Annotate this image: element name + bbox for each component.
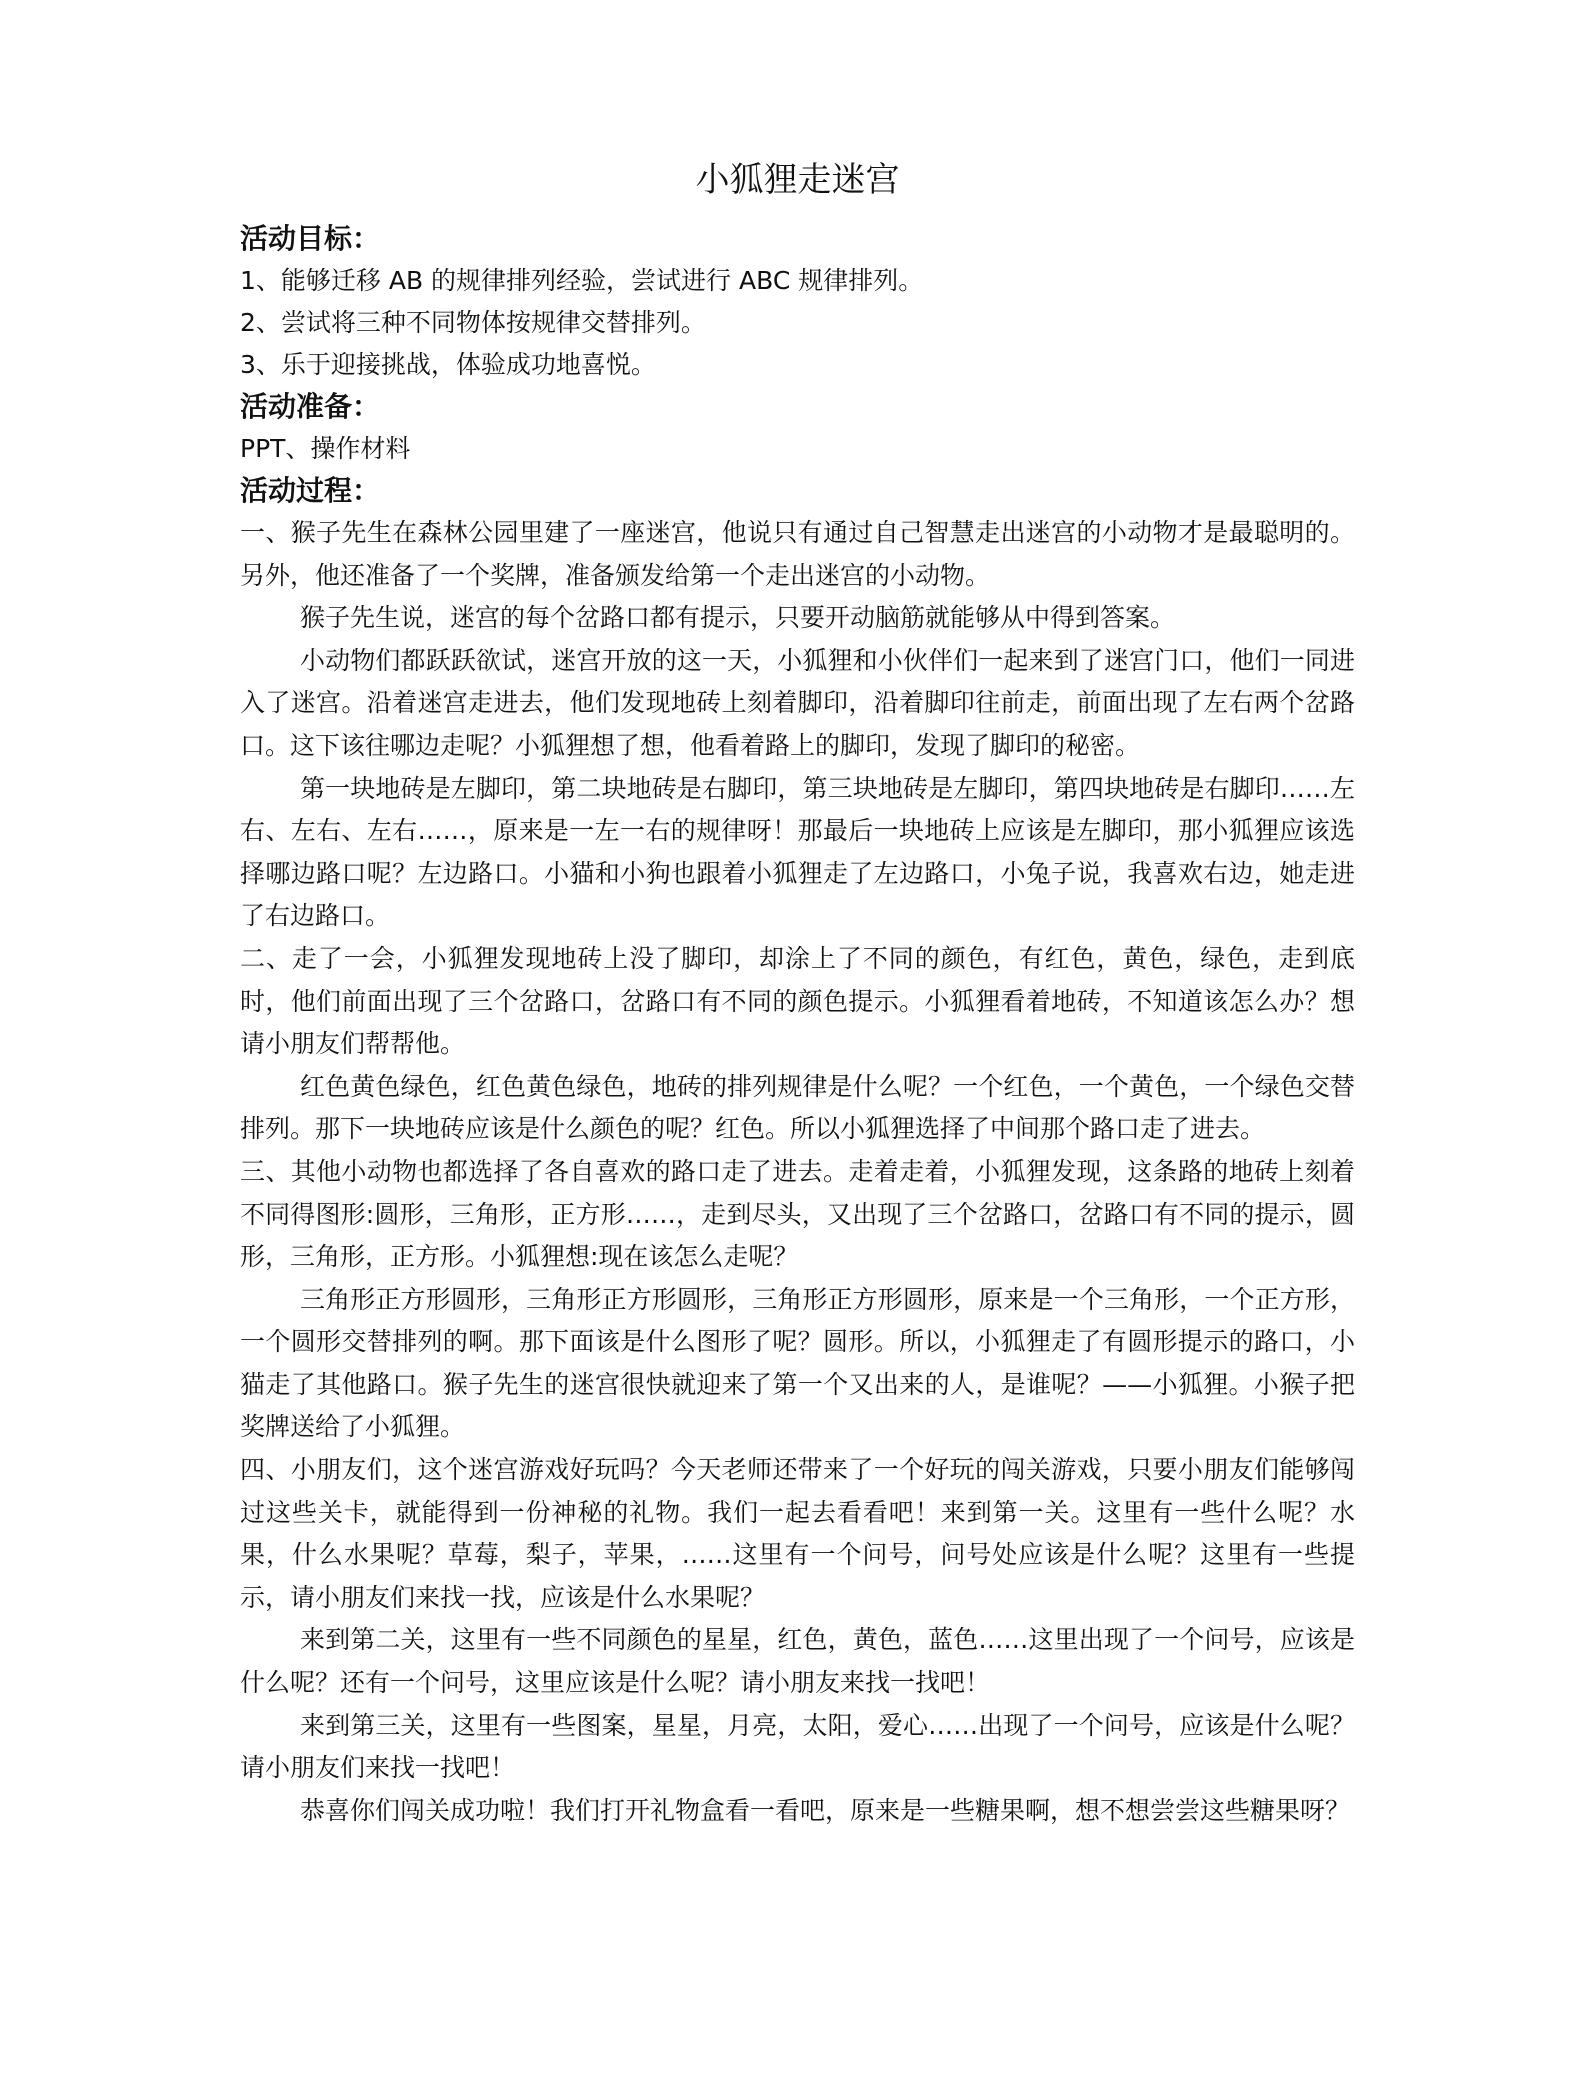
process-section: 活动过程： 一、猴子先生在森林公园里建了一座迷宫，他说只有通过自己智慧走出迷宫的… (240, 470, 1355, 1832)
process-paragraph: 来到第三关，这里有一些图案，星星，月亮，太阳，爱心……出现了一个问号，应该是什么… (240, 1705, 1355, 1790)
process-paragraph: 一、猴子先生在森林公园里建了一座迷宫，他说只有通过自己智慧走出迷宫的小动物才是最… (240, 512, 1355, 597)
goals-section: 活动目标： 1、能够迁移 AB 的规律排列经验，尝试进行 ABC 规律排列。 2… (240, 218, 1355, 386)
document-page: 小狐狸走迷宫 活动目标： 1、能够迁移 AB 的规律排列经验，尝试进行 ABC … (240, 150, 1355, 1832)
process-paragraph: 小动物们都跃跃欲试，迷宫开放的这一天，小狐狸和小伙伴们一起来到了迷宫门口，他们一… (240, 640, 1355, 768)
process-paragraph: 三角形正方形圆形，三角形正方形圆形，三角形正方形圆形，原来是一个三角形，一个正方… (240, 1279, 1355, 1449)
process-heading: 活动过程： (240, 470, 1355, 512)
process-paragraph: 猴子先生说，迷宫的每个岔路口都有提示，只要开动脑筋就能够从中得到答案。 (240, 597, 1355, 640)
goals-heading: 活动目标： (240, 218, 1355, 260)
process-paragraph: 四、小朋友们，这个迷宫游戏好玩吗？今天老师还带来了一个好玩的闯关游戏，只要小朋友… (240, 1449, 1355, 1619)
process-paragraph: 三、其他小动物也都选择了各自喜欢的路口走了进去。走着走着，小狐狸发现，这条路的地… (240, 1151, 1355, 1279)
process-paragraph: 二、走了一会，小狐狸发现地砖上没了脚印，却涂上了不同的颜色，有红色，黄色，绿色，… (240, 938, 1355, 1066)
process-paragraph: 红色黄色绿色，红色黄色绿色，地砖的排列规律是什么呢？一个红色，一个黄色，一个绿色… (240, 1066, 1355, 1151)
process-paragraph: 来到第二关，这里有一些不同颜色的星星，红色，黄色，蓝色……这里出现了一个问号，应… (240, 1619, 1355, 1704)
process-paragraph: 恭喜你们闯关成功啦！我们打开礼物盒看一看吧，原来是一些糖果啊，想不想尝尝这些糖果… (240, 1790, 1355, 1833)
preparation-heading: 活动准备： (240, 386, 1355, 428)
goal-item: 2、尝试将三种不同物体按规律交替排列。 (240, 302, 1355, 344)
goal-item: 1、能够迁移 AB 的规律排列经验，尝试进行 ABC 规律排列。 (240, 260, 1355, 302)
goal-item: 3、乐于迎接挑战，体验成功地喜悦。 (240, 344, 1355, 386)
process-paragraph: 第一块地砖是左脚印，第二块地砖是右脚印，第三块地砖是左脚印，第四块地砖是右脚印…… (240, 768, 1355, 938)
document-title: 小狐狸走迷宫 (240, 150, 1355, 210)
preparation-text: PPT、操作材料 (240, 428, 1355, 470)
preparation-section: 活动准备： PPT、操作材料 (240, 386, 1355, 470)
